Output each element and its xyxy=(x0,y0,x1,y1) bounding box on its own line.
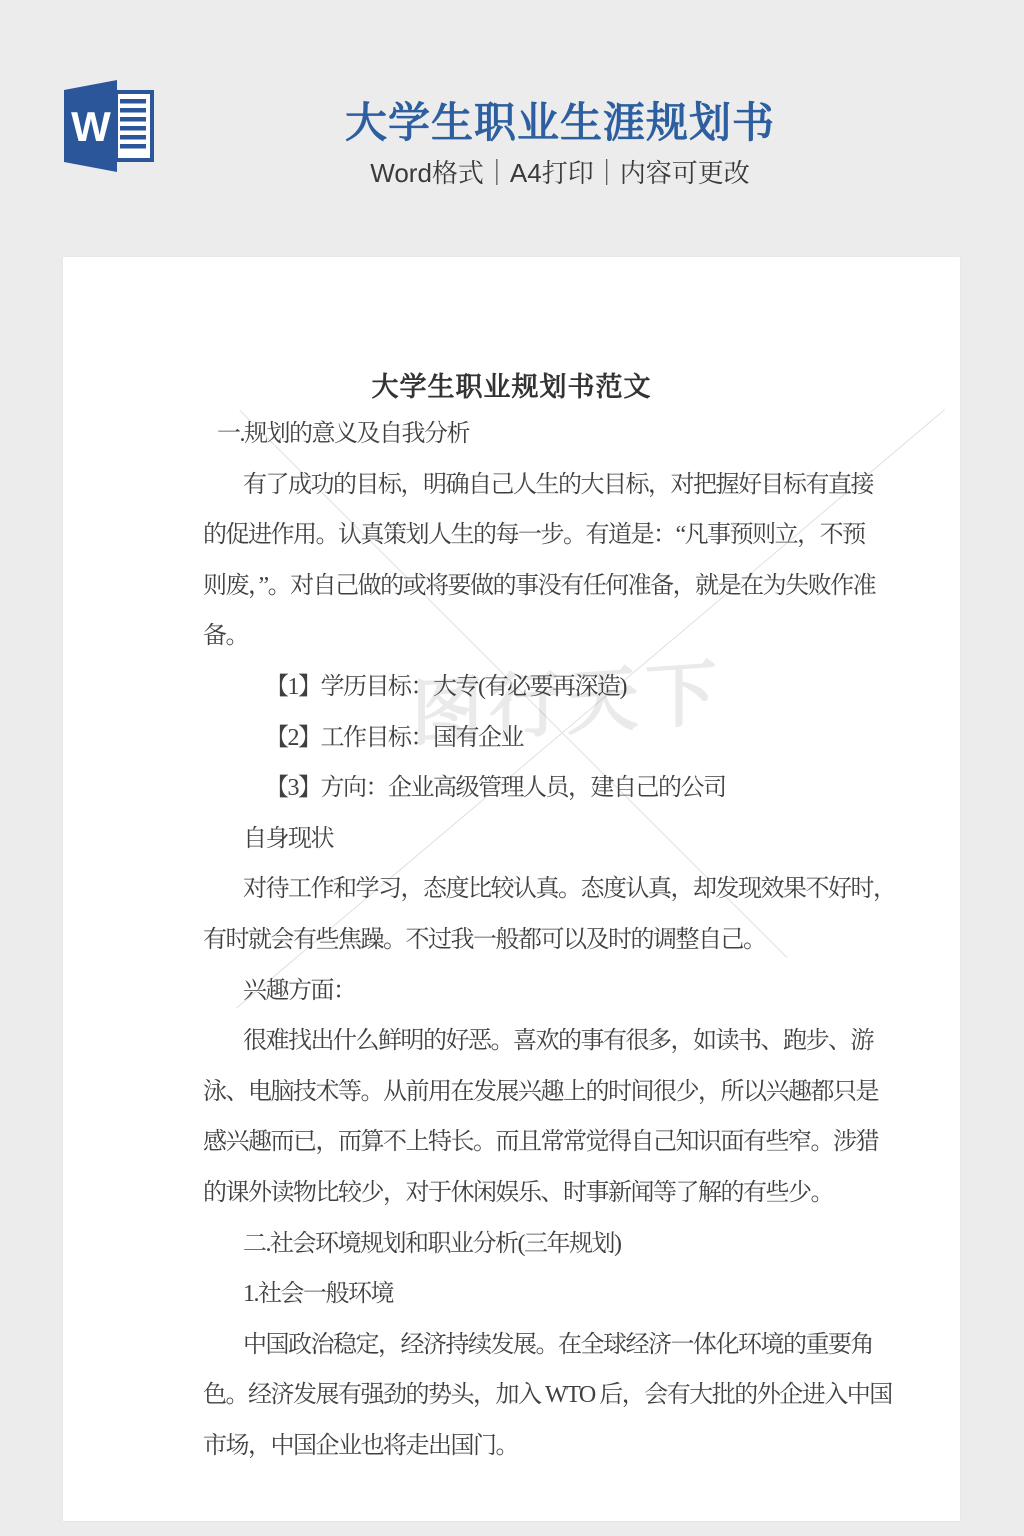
doc-text-line: 则废，”。对自己做的或将要做的事没有任何准备，就是在为失败作准 xyxy=(203,561,923,612)
doc-text-line: 【3】方向：企业高级管理人员，建自己的公司 xyxy=(203,763,923,814)
doc-text-line: 中国政治稳定，经济持续发展。在全球经济一体化环境的重要角 xyxy=(203,1320,923,1371)
doc-text-line: 泳、电脑技术等。从前用在发展兴趣上的时间很少，所以兴趣都只是 xyxy=(203,1067,923,1118)
doc-text-line: 感兴趣而已，而算不上特长。而且常常觉得自己知识面有些窄。涉猎 xyxy=(203,1117,923,1168)
doc-text-line: 有时就会有些焦躁。不过我一般都可以及时的调整自己。 xyxy=(203,915,923,966)
doc-text-line: 有了成功的目标，明确自己人生的大目标，对把握好目标有直接 xyxy=(203,460,923,511)
doc-text-line: 自身现状 xyxy=(203,814,923,865)
header: W 大学生职业生涯规划书 Word格式｜A4打印｜内容可更改 xyxy=(0,0,1024,257)
doc-text-line: 【2】工作目标：国有企业 xyxy=(203,713,923,764)
doc-text-line: 二.社会环境规划和职业分析(三年规划) xyxy=(203,1219,923,1270)
page-title: 大学生职业生涯规划书 xyxy=(96,90,1024,150)
document-body: 一.规划的意义及自我分析有了成功的目标，明确自己人生的大目标，对把握好目标有直接… xyxy=(203,409,923,1471)
doc-text-line: 的促进作用。认真策划人生的每一步。有道是：“凡事预则立，不预 xyxy=(203,510,923,561)
doc-text-line: 一.规划的意义及自我分析 xyxy=(203,409,923,460)
doc-text-line: 对待工作和学习，态度比较认真。态度认真，却发现效果不好时， xyxy=(203,864,923,915)
template-preview-page: { "colors": { "header_title_blue": "#2d5… xyxy=(0,0,1024,1536)
doc-text-line: 【1】学历目标：大专(有必要再深造) xyxy=(203,662,923,713)
doc-text-line: 1.社会一般环境 xyxy=(203,1269,923,1320)
doc-text-line: 备。 xyxy=(203,611,923,662)
page-subtitle: Word格式｜A4打印｜内容可更改 xyxy=(96,153,1024,190)
doc-text-line: 的课外读物比较少，对于休闲娱乐、时事新闻等了解的有些少。 xyxy=(203,1168,923,1219)
document-title: 大学生职业规划书范文 xyxy=(63,365,960,404)
document-page: 图行天下 大学生职业规划书范文 一.规划的意义及自我分析有了成功的目标，明确自己… xyxy=(63,257,960,1521)
doc-text-line: 市场，中国企业也将走出国门。 xyxy=(203,1421,923,1472)
doc-text-line: 色。经济发展有强劲的势头，加入 WTO 后，会有大批的外企进入中国 xyxy=(203,1370,923,1421)
doc-text-line: 很难找出什么鲜明的好恶。喜欢的事有很多，如读书、跑步、游 xyxy=(203,1016,923,1067)
doc-text-line: 兴趣方面： xyxy=(203,966,923,1017)
